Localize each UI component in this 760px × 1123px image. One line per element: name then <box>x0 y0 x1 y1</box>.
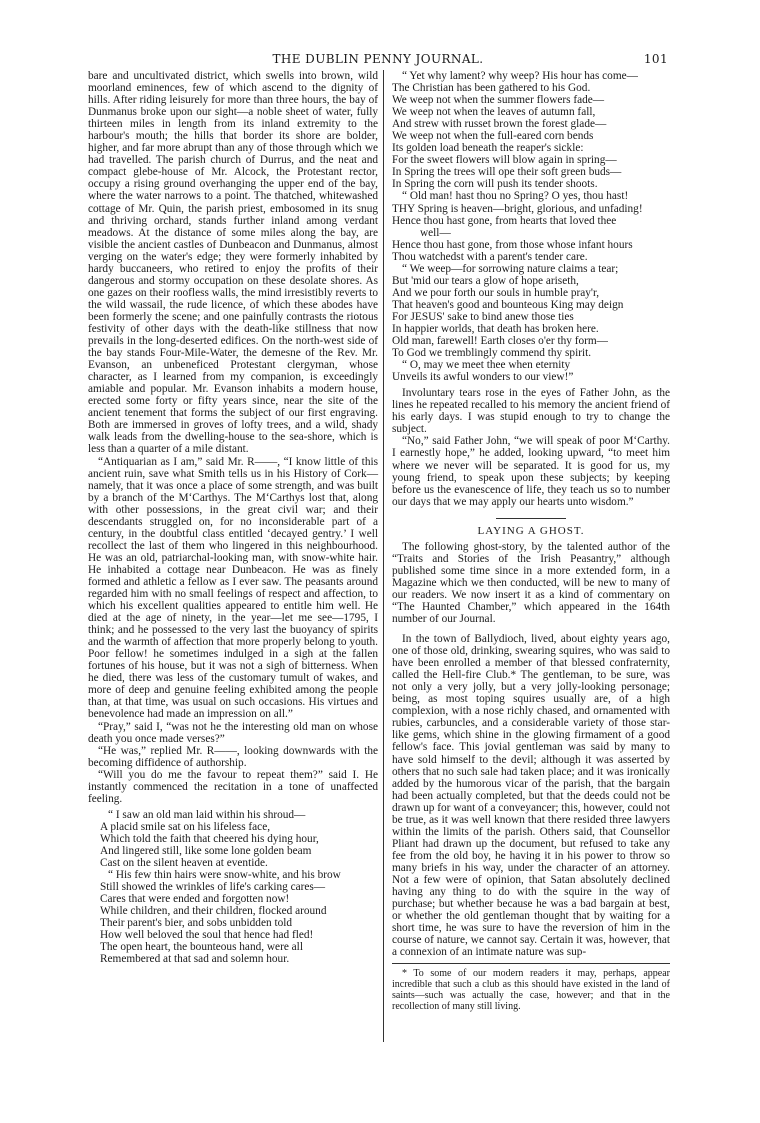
paragraph: “Will you do me the favour to repeat the… <box>88 769 378 805</box>
poem-line: And we pour forth our souls in humble pr… <box>392 287 670 299</box>
poem-line: The Christian has been gathered to his G… <box>392 82 670 94</box>
poem-line: We weep not when the summer flowers fade… <box>392 94 670 106</box>
paragraph: bare and uncultivated district, which sw… <box>88 70 378 456</box>
poem-line: Unveils its awful wonders to our view!” <box>392 371 670 383</box>
right-column: “ Yet why lament? why weep? His hour has… <box>392 70 670 1012</box>
poem-line: “ Old man! hast thou no Spring? O yes, t… <box>392 190 670 202</box>
poem-line: The open heart, the bounteous hand, were… <box>88 941 378 953</box>
poem-right: “ Yet why lament? why weep? His hour has… <box>392 70 670 383</box>
paragraph: “He was,” replied Mr. R——, looking downw… <box>88 745 378 769</box>
poem-line: We weep not when the full-eared corn ben… <box>392 130 670 142</box>
running-header: THE DUBLIN PENNY JOURNAL. 101 <box>88 52 668 68</box>
poem-line: In happier worlds, that death has broken… <box>392 323 670 335</box>
poem-line: In Spring the trees will ope their soft … <box>392 166 670 178</box>
poem-line: “ We weep—for sorrowing nature claims a … <box>392 263 670 275</box>
poem-line: And strew with russet brown the forest g… <box>392 118 670 130</box>
footnote: * To some of our modern readers it may, … <box>392 968 670 1012</box>
poem-line: We weep not when the leaves of autumn fa… <box>392 106 670 118</box>
poem-line: Old man, farewell! Earth closes o'er thy… <box>392 335 670 347</box>
poem-line: Which told the faith that cheered his dy… <box>88 833 378 845</box>
paragraph: “No,” said Father John, “we will speak o… <box>392 435 670 507</box>
poem-left: “ I saw an old man laid within his shrou… <box>88 809 378 966</box>
poem-line: That heaven's good and bounteous King ma… <box>392 299 670 311</box>
poem-line: Hence thou hast gone, from hearts that l… <box>392 215 670 227</box>
poem-line: But 'mid our tears a glow of hope ariset… <box>392 275 670 287</box>
poem-line: “ I saw an old man laid within his shrou… <box>88 809 378 821</box>
poem-line: Cast on the silent heaven at eventide. <box>88 857 378 869</box>
poem-line: well— <box>392 227 670 239</box>
poem-line: “ His few thin hairs were snow-white, an… <box>88 869 378 881</box>
left-column: bare and uncultivated district, which sw… <box>88 70 378 965</box>
paragraph: “Pray,” said I, “was not he the interest… <box>88 721 378 745</box>
column-divider <box>383 70 384 1042</box>
footnote-rule <box>392 963 670 964</box>
section-heading: LAYING A GHOST. <box>392 525 670 537</box>
poem-line: A placid smile sat on his lifeless face, <box>88 821 378 833</box>
poem-line: “ O, may we meet thee when eternity <box>392 359 670 371</box>
paragraph: “Antiquarian as I am,” said Mr. R——, “I … <box>88 456 378 721</box>
poem-line: “ Yet why lament? why weep? His hour has… <box>392 70 670 82</box>
poem-line: Remembered at that sad and solemn hour. <box>88 953 378 965</box>
poem-line: How well beloved the soul that hence had… <box>88 929 378 941</box>
poem-line: Their parent's bier, and sobs unbidden t… <box>88 917 378 929</box>
poem-line: Its golden load beneath the reaper's sic… <box>392 142 670 154</box>
poem-line: Hence thou hast gone, from those whose i… <box>392 239 670 251</box>
story-paragraph: In the town of Ballydioch, lived, about … <box>392 633 670 958</box>
poem-line: For the sweet flowers will blow again in… <box>392 154 670 166</box>
poem-line: For JESUS' sake to bind anew those ties <box>392 311 670 323</box>
poem-line: And lingered still, like some lone golde… <box>88 845 378 857</box>
section-rule <box>496 518 566 519</box>
poem-line: THY Spring is heaven—bright, glorious, a… <box>392 203 670 215</box>
journal-title: THE DUBLIN PENNY JOURNAL. <box>88 52 668 66</box>
poem-line: Still showed the wrinkles of life's cark… <box>88 881 378 893</box>
page-number: 101 <box>644 52 668 66</box>
poem-line: Cares that were ended and forgotten now! <box>88 893 378 905</box>
poem-line: While children, and their children, floc… <box>88 905 378 917</box>
paragraph: Involuntary tears rose in the eyes of Fa… <box>392 387 670 435</box>
poem-line: To God we tremblingly commend thy spirit… <box>392 347 670 359</box>
poem-line: Thou watchedst with a parent's tender ca… <box>392 251 670 263</box>
poem-line: In Spring the corn will push its tender … <box>392 178 670 190</box>
section-intro: The following ghost-story, by the talent… <box>392 541 670 625</box>
